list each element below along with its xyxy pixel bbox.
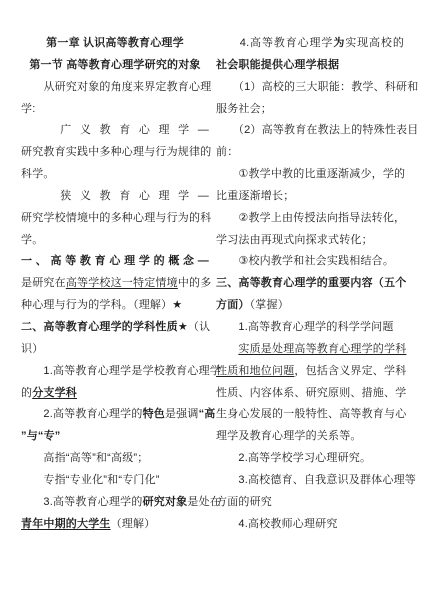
text-run: 专指“专业化”和“专门化” xyxy=(21,474,160,486)
text-run: ③校内教学和社会实践相结合。 xyxy=(216,255,394,267)
text-run: 方面） xyxy=(216,299,250,311)
text-run: 学: xyxy=(21,103,35,115)
text-line: 3.高等教育心理学的研究对象是处在 xyxy=(21,492,209,514)
text-line: 1.高等教育心理学是学校教育心理学 xyxy=(21,361,209,383)
text-run: 比重逐渐增长； xyxy=(216,190,294,202)
text-line: 方面的研究 xyxy=(216,492,404,514)
text-line: 科学。 xyxy=(21,164,209,186)
text-run: 种心理与行为的学科。（理解）★ xyxy=(21,299,182,311)
text-line: 第一章 认识高等教育心理学 xyxy=(21,33,209,55)
text-line: 一、高等教育心理学的概念— xyxy=(21,251,209,273)
text-run: ”与“专” xyxy=(21,430,61,442)
text-run: 从研究对象的角度来界定教育心理 xyxy=(21,81,211,93)
text-run: 识） xyxy=(21,343,43,355)
text-line: 实质是处理高等教育心理学的学科 xyxy=(216,339,404,361)
text-line: 服务社会； xyxy=(216,99,404,121)
text-run: 的 xyxy=(21,387,32,399)
text-run: 研究学校情境中的多种心理与行为的科 xyxy=(21,212,211,224)
text-run: 为 xyxy=(333,37,345,49)
text-line: 性质、内容体系、研究原则、措施、学 xyxy=(216,383,404,405)
text-run: 第一节 高等教育心理学研究的对象 xyxy=(29,59,200,71)
text-run: 性质、内容体系、研究原则、措施、学 xyxy=(216,387,406,399)
text-run: 中的多 xyxy=(178,277,212,289)
text-run: （1）高校的三大职能：教学、科研和 xyxy=(216,81,418,93)
text-run: ②教学上由传授法向指导法转化， xyxy=(216,212,405,224)
text-line: 性质和地位问题，包括含义界定、学科 xyxy=(216,361,404,383)
text-line: 高指“高等”和“高级”； xyxy=(21,448,209,470)
left-column: 第一章 认识高等教育心理学第一节 高等教育心理学研究的对象 从研究对象的角度来界… xyxy=(21,33,209,535)
text-run: 4.高校教师心理研究 xyxy=(216,518,338,530)
text-line: 学习法由再现式向探求式转化； xyxy=(216,230,404,252)
text-line: （2）高等教育在教法上的特殊性表目 xyxy=(216,120,404,142)
text-run: “高 xyxy=(199,408,216,420)
text-run: 高指“高等”和“高级”； xyxy=(21,452,148,464)
text-run: 2.高等教育心理学的 xyxy=(21,408,143,420)
text-run: 学习法由再现式向探求式转化； xyxy=(216,234,373,246)
document-page: 第一章 认识高等教育心理学第一节 高等教育心理学研究的对象 从研究对象的角度来界… xyxy=(0,0,424,600)
text-run: （理解） xyxy=(111,518,156,530)
text-run: 3.高校德育、自我意识及群体心理等 xyxy=(216,474,416,486)
text-run: ★（认 xyxy=(178,321,210,333)
text-run: 实质是处理高等教育心理学的学科 xyxy=(238,343,406,355)
text-run: 2.高等学校学习心理研究。 xyxy=(216,452,371,464)
text-run: 1.高等教育心理学的科学学问题 xyxy=(216,321,394,333)
text-line: 识） xyxy=(21,339,209,361)
text-line: 狭义教育心理学— xyxy=(21,186,209,208)
text-run: 一、高等教育心理学的概念— xyxy=(21,255,209,267)
text-run: 前： xyxy=(216,146,238,158)
text-run: 3.高等教育心理学的 xyxy=(21,496,143,508)
text-line: 专指“专业化”和“专门化” xyxy=(21,470,209,492)
text-line: 比重逐渐增长； xyxy=(216,186,404,208)
text-line: 学: xyxy=(21,99,209,121)
text-run: 是强调 xyxy=(165,408,199,420)
text-line: 方面）（掌握） xyxy=(216,295,404,317)
text-line: 青年中期的大学生（理解） xyxy=(21,514,209,536)
text-run: 实现高校的 xyxy=(345,37,404,49)
text-line: 3.高校德育、自我意识及群体心理等 xyxy=(216,470,404,492)
text-run: 第一章 认识高等教育心理学 xyxy=(46,37,184,49)
text-line: 的分支学科 xyxy=(21,383,209,405)
text-run: 科学。 xyxy=(21,168,55,180)
text-line: 理学及教育心理学的关系等。 xyxy=(216,426,404,448)
text-run: 特色 xyxy=(143,408,165,420)
text-run: 是研究在 xyxy=(21,277,66,289)
text-run: ①教学中教的比重逐渐减少，学的 xyxy=(216,168,405,180)
text-line: 从研究对象的角度来界定教育心理 xyxy=(21,77,209,99)
text-line: 学。 xyxy=(21,230,209,252)
text-line: 4.高校教师心理研究 xyxy=(216,514,404,536)
text-run: 研究教育实践中多种心理与行为规律的 xyxy=(21,146,211,158)
text-run: （掌握） xyxy=(250,299,289,311)
text-line: 1.高等教育心理学的科学学问题 xyxy=(216,317,404,339)
text-run: 青年中期的大学生 xyxy=(21,518,111,530)
text-run xyxy=(216,343,238,355)
text-run: 分支学科 xyxy=(32,387,77,399)
text-run: 方面的研究 xyxy=(216,496,272,508)
text-run: 高等学校这一特定情境 xyxy=(66,277,178,289)
text-line: 社会职能提供心理学根据 xyxy=(216,55,404,77)
text-run: 4.高等教育心理学 xyxy=(216,37,333,49)
text-line: 研究学校情境中的多种心理与行为的科 xyxy=(21,208,209,230)
text-line: 广义教育心理学— xyxy=(21,120,209,142)
text-run: 性质和地位问题 xyxy=(216,365,294,377)
text-line: （1）高校的三大职能：教学、科研和 xyxy=(216,77,404,99)
text-run: （2）高等教育在教法上的特殊性表目 xyxy=(216,124,418,136)
text-run: 理学及教育心理学的关系等。 xyxy=(216,430,362,442)
text-line: 是研究在高等学校这一特定情境中的多 xyxy=(21,273,209,295)
text-line: 2.高等学校学习心理研究。 xyxy=(216,448,404,470)
text-run: 二、高等教育心理学的学科性质 xyxy=(21,321,178,333)
text-run: 三、高等教育心理学的重要内容（五个 xyxy=(216,277,406,289)
text-line: 2.高等教育心理学的特色是强调“高 xyxy=(21,404,209,426)
text-line: 生身心发展的一般特性、高等教育与心 xyxy=(216,404,404,426)
text-line: 前： xyxy=(216,142,404,164)
text-line: 三、高等教育心理学的重要内容（五个 xyxy=(216,273,404,295)
text-run: 狭义教育心理学— xyxy=(21,190,209,202)
text-run: 生身心发展的一般特性、高等教育与心 xyxy=(216,408,406,420)
right-column: 4.高等教育心理学为实现高校的三大社会职能提供心理学根据 （1）高校的三大职能：… xyxy=(216,33,404,535)
text-line: ②教学上由传授法向指导法转化， xyxy=(216,208,404,230)
text-run: ，包括含义界定、学科 xyxy=(294,365,406,377)
text-line: 研究教育实践中多种心理与行为规律的 xyxy=(21,142,209,164)
text-line: 第一节 高等教育心理学研究的对象 xyxy=(21,55,209,77)
text-line: ①教学中教的比重逐渐减少，学的 xyxy=(216,164,404,186)
text-line: 二、高等教育心理学的学科性质★（认 xyxy=(21,317,209,339)
text-line: ③校内教学和社会实践相结合。 xyxy=(216,251,404,273)
text-run: 广义教育心理学— xyxy=(21,124,209,136)
text-line: 种心理与行为的学科。（理解）★ xyxy=(21,295,209,317)
text-line: 4.高等教育心理学为实现高校的三大 xyxy=(216,33,404,55)
text-run: 服务社会； xyxy=(216,103,272,115)
text-run: 学。 xyxy=(21,234,43,246)
text-run: 研究对象 xyxy=(143,496,188,508)
text-run: 社会职能提供心理学根据 xyxy=(216,59,339,71)
text-line: ”与“专” xyxy=(21,426,209,448)
text-run: 1.高等教育心理学是学校教育心理学 xyxy=(21,365,221,377)
